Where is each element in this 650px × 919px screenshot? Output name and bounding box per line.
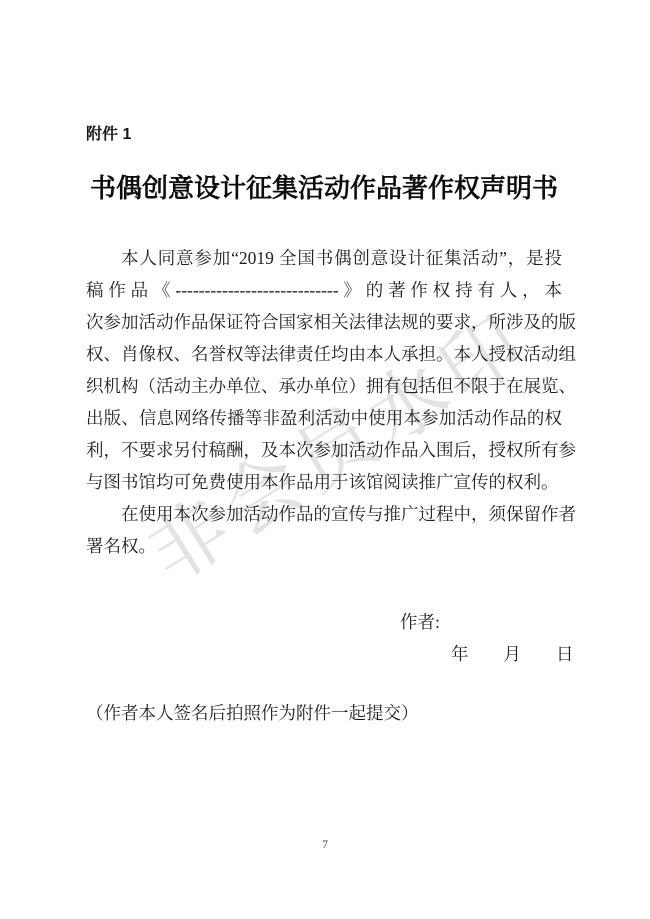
author-signature-label: 作者:: [400, 610, 440, 634]
submission-note: （作者本人签名后拍照作为附件一起提交）: [86, 701, 419, 725]
document-page: 非会员水印 附件 1 书偶创意设计征集活动作品著作权声明书 本人同意参加“201…: [0, 0, 650, 919]
body-line: 利，不要求另付稿酬，及本次参加活动作品入围后，授权所有参: [86, 434, 562, 466]
body-line: 织机构（活动主办单位、承办单位）拥有包括但不限于在展览、: [86, 370, 562, 402]
body-text: 本人同意参加“2019 全国书偶创意设计征集活动”，是投 稿作品《-------…: [86, 242, 562, 562]
body-line: 本人同意参加“2019 全国书偶创意设计征集活动”，是投: [86, 242, 562, 274]
date-signature-label: 年 月 日: [451, 642, 574, 666]
page-number: 7: [0, 837, 650, 852]
body-line: 署名权。: [86, 530, 562, 562]
body-line: 在使用本次参加活动作品的宣传与推广过程中，须保留作者: [86, 498, 562, 530]
body-line-with-blank-field: 稿作品《----------------------------》的著作权持有人…: [86, 274, 562, 306]
attachment-label: 附件 1: [86, 121, 131, 144]
body-line: 与图书馆均可免费使用本作品用于该馆阅读推广宣传的权利。: [86, 466, 562, 498]
body-line: 权、肖像权、名誉权等法律责任均由本人承担。本人授权活动组: [86, 338, 562, 370]
page-title: 书偶创意设计征集活动作品著作权声明书: [86, 168, 562, 205]
body-line: 次参加活动作品保证符合国家相关法律法规的要求，所涉及的版: [86, 306, 562, 338]
body-line: 出版、信息网络传播等非盈利活动中使用本参加活动作品的权: [86, 402, 562, 434]
